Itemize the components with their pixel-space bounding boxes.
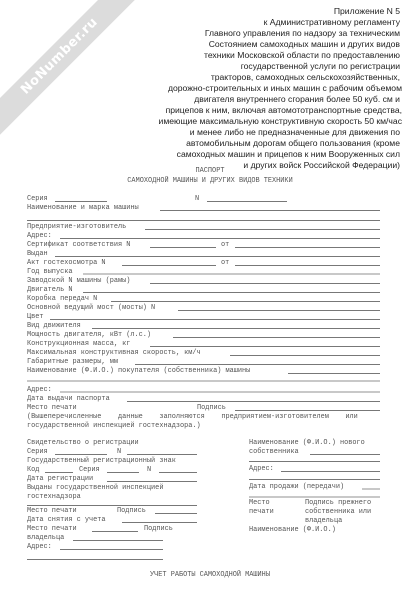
appendix-line: государственной услуги по регистрации bbox=[140, 61, 400, 72]
note-line-1: (Вышеперечисленные данные заполняются пр… bbox=[27, 413, 358, 422]
reg-series-label: Серия bbox=[27, 448, 48, 457]
inspection-date-field[interactable] bbox=[235, 265, 380, 266]
new-owner-label-1: Наименование (Ф.И.О.) нового bbox=[249, 439, 365, 448]
appendix-line: Приложение N 5 bbox=[140, 6, 400, 17]
sale-date-field-2[interactable] bbox=[249, 496, 380, 498]
mass-field[interactable] bbox=[150, 346, 380, 347]
certificate-number-field[interactable] bbox=[150, 247, 216, 248]
issue-date-field[interactable] bbox=[127, 401, 380, 402]
prev-signature-label-3: владельца bbox=[305, 517, 342, 526]
mass-label: Конструкционная масса, кг bbox=[27, 340, 130, 349]
appendix-line: Главного управления по надзору за технич… bbox=[140, 28, 400, 39]
code-label: Код bbox=[27, 466, 39, 475]
buyer-address-field[interactable] bbox=[60, 391, 380, 393]
seal-place-label: Место печати bbox=[27, 404, 77, 413]
appendix-line: автомобильным дорогам общего пользования… bbox=[140, 138, 400, 149]
new-owner-label-2: собственника bbox=[249, 448, 299, 457]
dimensions-field[interactable] bbox=[135, 364, 380, 365]
factory-no-label: Заводской N машины (рамы) bbox=[27, 277, 130, 286]
appendix-line: техники Московской области по предоставл… bbox=[140, 50, 400, 61]
buyer-label: Наименование (Ф.И.О.) покупателя (собств… bbox=[27, 367, 250, 376]
number-label: N bbox=[195, 195, 199, 204]
dereg-signature-label: Подпись bbox=[144, 525, 173, 534]
owner-field[interactable] bbox=[73, 540, 163, 541]
appendix-line: и менее либо не предназначенные для движ… bbox=[140, 127, 400, 138]
inspection-act-label: Акт гостехосмотра N bbox=[27, 259, 106, 268]
appendix-line: к Административному регламенту bbox=[140, 17, 400, 28]
max-speed-field[interactable] bbox=[230, 355, 380, 356]
color-field[interactable] bbox=[50, 319, 380, 320]
manufacturer-label: Предприятие-изготовитель bbox=[27, 223, 126, 232]
new-owner-address-label: Адрес: bbox=[249, 465, 274, 474]
seal-label-1: Место bbox=[249, 499, 270, 508]
factory-no-field[interactable] bbox=[150, 283, 380, 284]
series-field[interactable] bbox=[55, 201, 107, 202]
inspection-from-label: от bbox=[221, 259, 229, 268]
appendix-line: прицепов к ним, включая автомототранспор… bbox=[140, 105, 402, 116]
power-label: Мощность двигателя, кВт (л.с.) bbox=[27, 331, 151, 340]
sale-date-field[interactable] bbox=[362, 488, 380, 490]
gearbox-field[interactable] bbox=[111, 301, 380, 302]
dereg-address-field-2[interactable] bbox=[27, 559, 163, 560]
name-brand-label: Наименование и марка машины bbox=[27, 204, 139, 213]
year-label: Год выпуска bbox=[27, 268, 73, 277]
new-owner-address-field-2[interactable] bbox=[249, 479, 380, 480]
new-owner-field-2[interactable] bbox=[249, 461, 380, 462]
inspection-act-field[interactable] bbox=[122, 265, 216, 266]
signature-field[interactable] bbox=[235, 410, 380, 411]
address-label: Адрес: bbox=[27, 232, 52, 241]
manufacturer-field[interactable] bbox=[145, 229, 380, 230]
appendix-line: самоходных машин и прицепов к ним Вооруж… bbox=[140, 149, 400, 160]
engine-label: Двигатель N bbox=[27, 286, 73, 295]
address-field[interactable] bbox=[60, 238, 380, 239]
plate-number-field[interactable] bbox=[159, 472, 197, 473]
buyer-field[interactable] bbox=[288, 373, 380, 374]
appendix-line: Состоянием самоходных машин и других вид… bbox=[140, 39, 400, 50]
prev-signature-label-2: собственника или bbox=[305, 508, 371, 517]
number-field[interactable] bbox=[207, 201, 287, 202]
certificate-from-label: от bbox=[221, 241, 229, 250]
watermark: NoNumber.ru bbox=[0, 0, 140, 136]
issued-field[interactable] bbox=[55, 256, 380, 257]
work-log-heading: УЧЕТ РАБОТЫ САМОХОДНОЙ МАШИНЫ bbox=[0, 571, 420, 579]
series-label: Серия bbox=[27, 195, 48, 204]
buyer-address-label: Адрес: bbox=[27, 386, 52, 395]
plate-label: Государственный регистрационный знак bbox=[27, 457, 176, 466]
doc-subtitle: САМОХОДНОЙ МАШИНЫ И ДРУГИХ ВИДОВ ТЕХНИКИ bbox=[0, 177, 420, 185]
name-brand-field[interactable] bbox=[160, 210, 380, 211]
dereg-date-field[interactable] bbox=[122, 522, 197, 523]
reg-number-field[interactable] bbox=[127, 454, 197, 455]
reg-seal-place-label: Место печати bbox=[27, 507, 77, 516]
new-owner-field[interactable] bbox=[310, 454, 380, 455]
appendix-line: имеющие максимальную конструктивную скор… bbox=[140, 116, 402, 127]
reg-number-label: N bbox=[117, 448, 121, 457]
appendix-line: тракторов, самоходных сельскохозяйственн… bbox=[140, 72, 400, 83]
name-brand-field-2[interactable] bbox=[27, 220, 380, 221]
engine-field[interactable] bbox=[83, 292, 380, 293]
reg-signature-field[interactable] bbox=[155, 513, 197, 514]
reg-date-label: Дата регистрации bbox=[27, 475, 93, 484]
reg-signature-label: Подпись bbox=[117, 507, 146, 516]
year-field[interactable] bbox=[83, 273, 380, 275]
dereg-seal-field[interactable] bbox=[92, 531, 138, 532]
plate-number-label: N bbox=[147, 466, 151, 475]
doc-title: ПАСПОРТ bbox=[0, 167, 420, 175]
issued-by-line-1: Выданы государственной инспекцией bbox=[27, 484, 163, 493]
new-owner-address-field[interactable] bbox=[281, 471, 380, 472]
prev-signature-label-1: Подпись прежнего bbox=[305, 499, 371, 508]
signature-label: Подпись bbox=[197, 404, 226, 413]
appendix-line: двигателя внутреннего сгорания более 50 … bbox=[140, 94, 400, 105]
reg-date-field[interactable] bbox=[107, 481, 197, 482]
axle-field[interactable] bbox=[178, 310, 380, 311]
max-speed-label: Максимальная конструктивная скорость, км… bbox=[27, 349, 201, 358]
appendix-line: дорожно-строительных и иных машин с рабо… bbox=[140, 83, 402, 94]
plate-series-label: Серия bbox=[79, 466, 100, 475]
certificate-label: Сертификат соответствия N bbox=[27, 241, 130, 250]
buyer-field-2[interactable] bbox=[27, 380, 380, 382]
dereg-seal-place-label: Место печати bbox=[27, 525, 77, 534]
sale-date-label: Дата продажи (передачи) bbox=[249, 483, 344, 492]
issued-by-line-2: гостехнадзора bbox=[27, 493, 81, 502]
gearbox-label: Коробка передач N bbox=[27, 295, 97, 304]
dereg-date-label: Дата снятия с учета bbox=[27, 516, 106, 525]
next-owner-name-label: Наименование (Ф.И.О.) bbox=[249, 526, 336, 535]
propulsion-label: Вид движителя bbox=[27, 322, 81, 331]
color-label: Цвет bbox=[27, 313, 44, 322]
code-field[interactable] bbox=[45, 472, 73, 473]
issued-by-field[interactable] bbox=[27, 505, 197, 506]
dereg-address-field[interactable] bbox=[60, 549, 163, 550]
reg-series-field[interactable] bbox=[55, 454, 107, 455]
appendix-header: Приложение N 5 к Административному регла… bbox=[140, 6, 400, 171]
propulsion-field[interactable] bbox=[92, 328, 380, 329]
issued-label: Выдан bbox=[27, 250, 48, 259]
dereg-address-label: Адрес: bbox=[27, 543, 52, 552]
dimensions-label: Габаритные размеры, мм bbox=[27, 358, 118, 367]
plate-series-field[interactable] bbox=[107, 472, 139, 473]
note-line-2: государственной инспекцией гостехнадзора… bbox=[27, 422, 201, 431]
axle-label: Основной ведущий мост (мосты) N bbox=[27, 304, 155, 313]
owner-label: владельца bbox=[27, 534, 64, 543]
registration-heading: Свидетельство о регистрации bbox=[27, 439, 139, 448]
issue-date-label: Дата выдачи паспорта bbox=[27, 395, 110, 404]
power-field[interactable] bbox=[173, 337, 380, 338]
certificate-date-field[interactable] bbox=[235, 247, 380, 248]
seal-label-2: печати bbox=[249, 508, 274, 517]
